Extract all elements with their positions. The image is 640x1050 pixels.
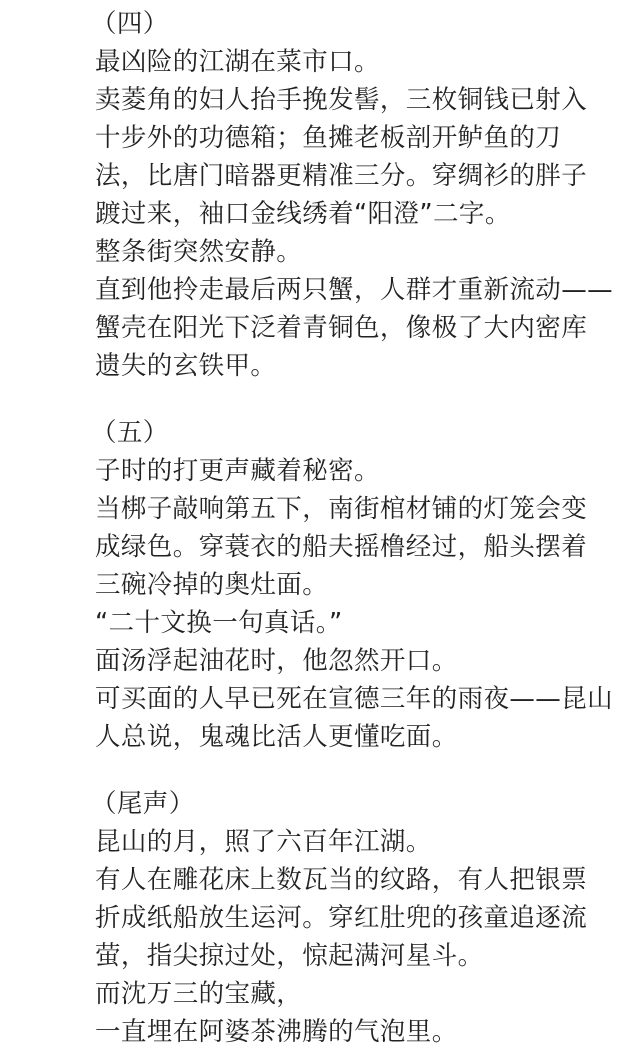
text-line: 法，比唐门暗器更精准三分。穿绸衫的胖子 xyxy=(95,157,635,195)
section-five: （五） 子时的打更声藏着秘密。 当梆子敲响第五下，南街棺材铺的灯笼会变 成绿色。… xyxy=(95,414,635,756)
text-line: 子时的打更声藏着秘密。 xyxy=(95,452,635,490)
section-heading: （尾声） xyxy=(91,785,635,823)
text-line: 面汤浮起油花时，他忽然开口。 xyxy=(95,642,635,680)
text-line: 有人在雕花床上数瓦当的纹路，有人把银票 xyxy=(95,861,635,899)
text-line: 整条街突然安静。 xyxy=(95,233,635,271)
text-line: 当梆子敲响第五下，南街棺材铺的灯笼会变 xyxy=(95,490,635,528)
text-line: 而沈万三的宝藏， xyxy=(95,975,635,1013)
text-line: 成绿色。穿蓑衣的船夫摇橹经过，船头摆着 xyxy=(95,528,635,566)
text-line: 一直埋在阿婆茶沸腾的气泡里。 xyxy=(95,1013,635,1050)
text-line: 三碗冷掉的奥灶面。 xyxy=(95,566,635,604)
text-line: 最凶险的江湖在菜市口。 xyxy=(95,43,635,81)
text-line: 萤，指尖掠过处，惊起满河星斗。 xyxy=(95,937,635,975)
text-line: “二十文换一句真话。” xyxy=(95,604,635,642)
text-line: 人总说，鬼魂比活人更懂吃面。 xyxy=(95,718,635,756)
section-heading: （五） xyxy=(91,414,635,452)
section-four: （四） 最凶险的江湖在菜市口。 卖菱角的妇人抬手挽发髻，三枚铜钱已射入 十步外的… xyxy=(95,5,635,385)
text-line: 遗失的玄铁甲。 xyxy=(95,347,635,385)
text-line: 可买面的人早已死在宣德三年的雨夜——昆山 xyxy=(95,680,635,718)
article-body: （四） 最凶险的江湖在菜市口。 卖菱角的妇人抬手挽发髻，三枚铜钱已射入 十步外的… xyxy=(95,5,635,1050)
text-line: 折成纸船放生运河。穿红肚兜的孩童追逐流 xyxy=(95,899,635,937)
text-line: 昆山的月，照了六百年江湖。 xyxy=(95,823,635,861)
text-line: 蟹壳在阳光下泛着青铜色，像极了大内密库 xyxy=(95,309,635,347)
section-heading: （四） xyxy=(91,5,635,43)
text-line: 十步外的功德箱；鱼摊老板剖开鲈鱼的刀 xyxy=(95,119,635,157)
text-line: 踱过来，袖口金线绣着“阳澄”二字。 xyxy=(95,195,635,233)
text-line: 直到他拎走最后两只蟹，人群才重新流动—— xyxy=(95,271,635,309)
section-epilogue: （尾声） 昆山的月，照了六百年江湖。 有人在雕花床上数瓦当的纹路，有人把银票 折… xyxy=(95,785,635,1050)
text-line: 卖菱角的妇人抬手挽发髻，三枚铜钱已射入 xyxy=(95,81,635,119)
